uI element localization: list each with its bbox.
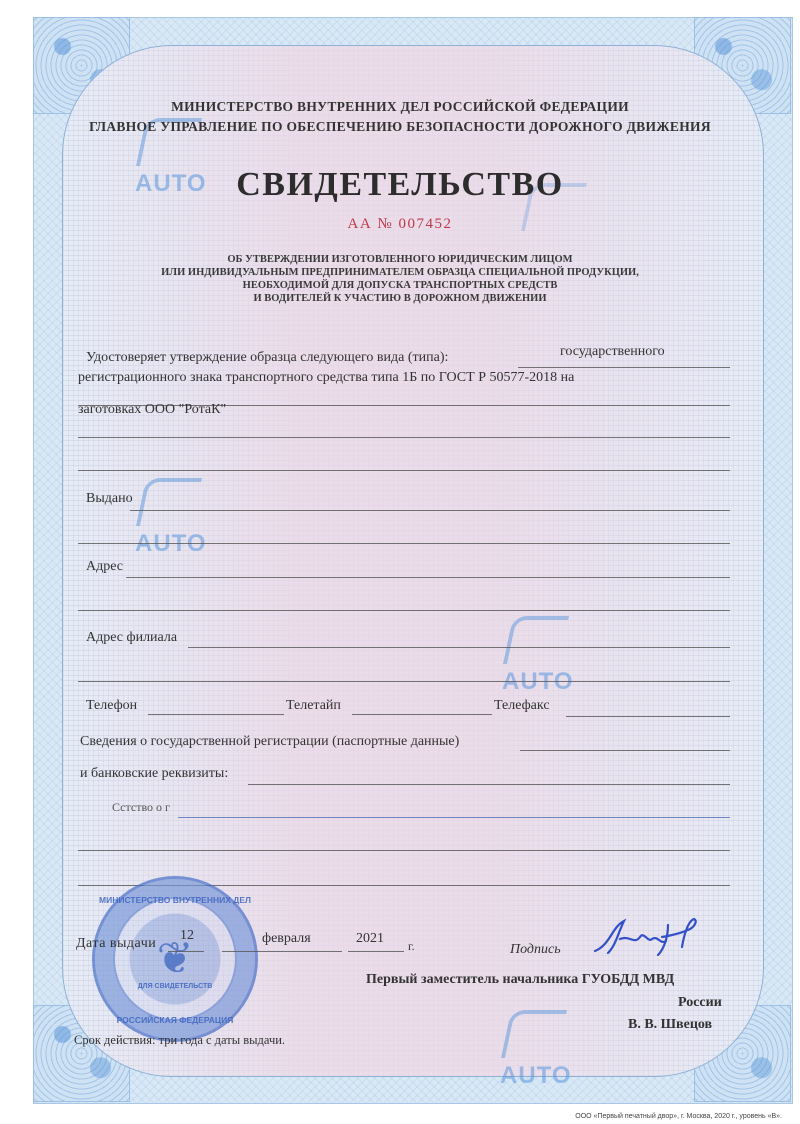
- certifies-value: государственного: [560, 344, 665, 360]
- signatory-title: Первый заместитель начальника ГУОБДД МВД: [366, 972, 674, 988]
- stamp-text: РОССИЙСКАЯ ФЕДЕРАЦИЯ: [95, 1015, 255, 1025]
- bank-label: и банковские реквизиты:: [80, 766, 228, 782]
- issue-day: 12: [180, 928, 194, 944]
- signature-label: Подпись: [510, 942, 561, 958]
- registration-label: Сведения о государственной регистрации (…: [80, 734, 459, 750]
- address-label: Адрес: [86, 559, 123, 575]
- issue-year: 2021: [356, 931, 384, 947]
- watermark: AUTO: [502, 668, 574, 696]
- signatory-name: В. В. Швецов: [628, 1017, 712, 1033]
- subtitle-line: ИЛИ ИНДИВИДУАЛЬНЫМ ПРЕДПРИНИМАТЕЛЕМ ОБРА…: [0, 266, 800, 279]
- field-rule: [78, 543, 730, 544]
- field-rule: [78, 437, 730, 438]
- document-subtitle: ОБ УТВЕРЖДЕНИИ ИЗГОТОВЛЕННОГО ЮРИДИЧЕСКИ…: [0, 253, 800, 305]
- issue-month: февраля: [262, 931, 311, 947]
- signatory-country: России: [678, 995, 722, 1011]
- car-icon: [136, 478, 202, 526]
- issue-date-label: Дата выдачи: [76, 936, 156, 952]
- branch-address-label: Адрес филиала: [86, 630, 177, 646]
- watermark: AUTO: [135, 530, 207, 558]
- department-heading: ГЛАВНОЕ УПРАВЛЕНИЕ ПО ОБЕСПЕЧЕНИЮ БЕЗОПА…: [0, 119, 800, 135]
- subtitle-line: ОБ УТВЕРЖДЕНИИ ИЗГОТОВЛЕННОГО ЮРИДИЧЕСКИ…: [0, 253, 800, 266]
- issued-to-label: Выдано: [86, 491, 133, 507]
- document-title: СВИДЕТЕЛЬСТВО: [0, 166, 800, 204]
- official-stamp: МИНИСТЕРСТВО ВНУТРЕННИХ ДЕЛ ❦ ДЛЯ СВИДЕТ…: [92, 876, 258, 1042]
- teletype-label: Телетайп: [286, 698, 341, 714]
- certifies-label: Удостоверяет утверждение образца следующ…: [86, 350, 448, 366]
- watermark: AUTO: [500, 1062, 572, 1090]
- subtitle-line: НЕОБХОДИМОЙ ДЛЯ ДОПУСКА ТРАНСПОРТНЫХ СРЕ…: [0, 279, 800, 292]
- field-rule: [78, 610, 730, 611]
- printer-imprint: ООО «Первый печатный двор», г. Москва, 2…: [575, 1113, 782, 1120]
- phone-label: Телефон: [86, 698, 137, 714]
- stamp-text: ДЛЯ СВИДЕТЕЛЬСТВ: [95, 983, 255, 990]
- year-field: [348, 951, 404, 952]
- field-rule: [78, 681, 730, 682]
- car-icon: [501, 1010, 567, 1058]
- serial-number: АА № 007452: [0, 216, 800, 233]
- issued-to-field: [130, 510, 730, 511]
- day-field: [168, 951, 204, 952]
- validity-note: Срок действия: три года с даты выдачи.: [74, 1033, 285, 1048]
- teletype-field: [352, 714, 492, 715]
- bank-field: [248, 784, 730, 785]
- partial-text: Сстство о г: [112, 800, 170, 815]
- year-suffix: г.: [408, 939, 415, 954]
- branch-address-field: [188, 647, 730, 648]
- fax-field: [566, 716, 730, 717]
- stamp-text: МИНИСТЕРСТВО ВНУТРЕННИХ ДЕЛ: [95, 895, 255, 905]
- fax-label: Телефакс: [494, 698, 550, 714]
- registration-field: [520, 750, 730, 751]
- field-rule: [178, 817, 730, 818]
- car-icon: [503, 616, 569, 664]
- subtitle-line: И ВОДИТЕЛЕЙ К УЧАСТИЮ В ДОРОЖНОМ ДВИЖЕНИ…: [0, 292, 800, 305]
- field-rule: [518, 367, 730, 368]
- ministry-heading: МИНИСТЕРСТВО ВНУТРЕННИХ ДЕЛ РОССИЙСКОЙ Ф…: [0, 99, 800, 115]
- certifies-value: заготовках ООО "РотаК": [78, 402, 226, 418]
- certifies-value: регистрационного знака транспортного сре…: [78, 370, 574, 386]
- phone-field: [148, 714, 284, 715]
- field-rule: [78, 470, 730, 471]
- address-field: [126, 577, 730, 578]
- field-rule: [78, 850, 730, 851]
- signature-mark: [590, 915, 705, 960]
- month-field: [222, 951, 342, 952]
